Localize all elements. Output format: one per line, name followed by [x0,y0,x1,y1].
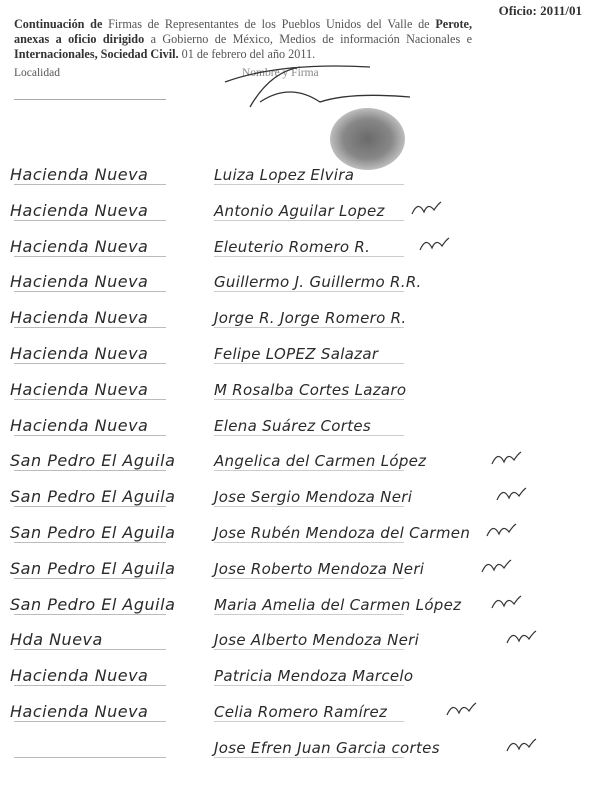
signature-row: San Pedro El AguilaJose Roberto Mendoza … [0,546,600,582]
signature-row: Hacienda NuevaPatricia Mendoza Marcelo [0,653,600,689]
locality-line [14,435,166,436]
locality-line [14,363,166,364]
signer-name: Jose Sergio Mendoza Neri [214,488,412,506]
signature-row: Hacienda NuevaLuiza Lopez Elvira [0,152,600,188]
locality-text: Hda Nueva [10,630,103,649]
signature-row: Hda NuevaJose Alberto Mendoza Neri [0,617,600,653]
locality-line [14,327,166,328]
signature-row: Hacienda NuevaGuillermo J. Guillermo R.R… [0,259,600,295]
signature-row: Hacienda NuevaAntonio Aguilar Lopez [0,188,600,224]
name-line [214,256,404,257]
signer-name: Angelica del Carmen López [214,452,426,470]
name-line [214,435,404,436]
signature-row: San Pedro El AguilaAngelica del Carmen L… [0,438,600,474]
signer-name: M Rosalba Cortes Lazaro [214,381,406,399]
name-line [214,649,404,650]
signer-name: Guillermo J. Guillermo R.R. [214,273,422,291]
name-line [214,291,404,292]
intro-text-2: a Gobierno de México, Medios de informac… [144,32,472,46]
signer-name: Jorge R. Jorge Romero R. [214,309,406,327]
column-header-locality: Localidad [14,67,60,79]
name-line [214,399,404,400]
locality-text: San Pedro El Aguila [10,523,175,542]
locality-text: Hacienda Nueva [10,201,148,220]
signature-scribble [495,484,527,504]
signature-row: Hacienda NuevaEleuterio Romero R. [0,224,600,260]
locality-text: Hacienda Nueva [10,272,148,291]
header-signature-scribble [220,62,420,112]
locality-line [14,399,166,400]
name-line [214,184,404,185]
locality-text: Hacienda Nueva [10,344,148,363]
name-line [214,506,404,507]
signer-name: Jose Rubén Mendoza del Carmen [214,524,470,542]
signature-row: Hacienda NuevaJorge R. Jorge Romero R. [0,295,600,331]
signer-name: Luiza Lopez Elvira [214,166,354,184]
name-line [214,363,404,364]
locality-line [14,721,166,722]
locality-text: San Pedro El Aguila [10,559,175,578]
signer-name: Eleuterio Romero R. [214,238,370,256]
intro-text-3: 01 de febrero del año 2011. [179,47,316,61]
locality-line [14,220,166,221]
intro-bold-3: Internacionales, Sociedad Civil. [14,47,179,61]
locality-text: Hacienda Nueva [10,380,148,399]
signer-name: Felipe LOPEZ Salazar [214,345,378,363]
signature-scribble [485,520,517,540]
locality-text: Hacienda Nueva [10,702,148,721]
signature-row: San Pedro El AguilaMaria Amelia del Carm… [0,582,600,618]
signature-row: San Pedro El AguilaJose Rubén Mendoza de… [0,510,600,546]
signature-scribble [490,448,522,468]
name-line [214,685,404,686]
signature-row: Hacienda NuevaCelia Romero Ramírez [0,689,600,725]
signature-scribble [445,699,477,719]
signature-row: Hacienda NuevaElena Suárez Cortes [0,403,600,439]
locality-text: San Pedro El Aguila [10,595,175,614]
signature-scribble [410,198,442,218]
name-line [214,220,404,221]
intro-text-1: Firmas de Representantes de los Pueblos … [102,17,435,31]
name-line [214,614,404,615]
signer-name: Jose Alberto Mendoza Neri [214,631,419,649]
signature-row: Hacienda NuevaFelipe LOPEZ Salazar [0,331,600,367]
signer-name: Antonio Aguilar Lopez [214,202,385,220]
locality-text: Hacienda Nueva [10,165,148,184]
signer-name: Patricia Mendoza Marcelo [214,667,413,685]
locality-line [14,578,166,579]
locality-text: San Pedro El Aguila [10,451,175,470]
locality-line [14,184,166,185]
signer-name: Elena Suárez Cortes [214,417,371,435]
locality-text: San Pedro El Aguila [10,487,175,506]
locality-line [14,470,166,471]
locality-line [14,542,166,543]
locality-text: Hacienda Nueva [10,308,148,327]
intro-bold-1: Continuación de [14,17,102,31]
signature-row: Hacienda NuevaM Rosalba Cortes Lazaro [0,367,600,403]
signer-name: Jose Roberto Mendoza Neri [214,560,424,578]
signer-name: Celia Romero Ramírez [214,703,387,721]
name-line [214,757,404,758]
signature-scribble [490,592,522,612]
locality-line [14,649,166,650]
locality-line [14,685,166,686]
name-line [214,721,404,722]
signer-name: Maria Amelia del Carmen López [214,596,461,614]
name-line [214,470,404,471]
locality-line [14,614,166,615]
header-locality-line [14,99,166,100]
locality-text: Hacienda Nueva [10,237,148,256]
signature-scribble [418,234,450,254]
locality-text: Hacienda Nueva [10,666,148,685]
name-line [214,578,404,579]
name-line [214,327,404,328]
intro-paragraph: Continuación de Firmas de Representantes… [14,17,472,62]
locality-line [14,256,166,257]
name-line [214,542,404,543]
locality-line [14,757,166,758]
signer-name: Jose Efren Juan Garcia cortes [214,739,440,757]
signature-scribble [480,556,512,576]
locality-line [14,506,166,507]
locality-text: Hacienda Nueva [10,416,148,435]
locality-line [14,291,166,292]
signature-scribble [505,627,537,647]
signature-scribble [505,735,537,755]
signature-row: Jose Efren Juan Garcia cortes [0,725,600,761]
signature-row: San Pedro El AguilaJose Sergio Mendoza N… [0,474,600,510]
